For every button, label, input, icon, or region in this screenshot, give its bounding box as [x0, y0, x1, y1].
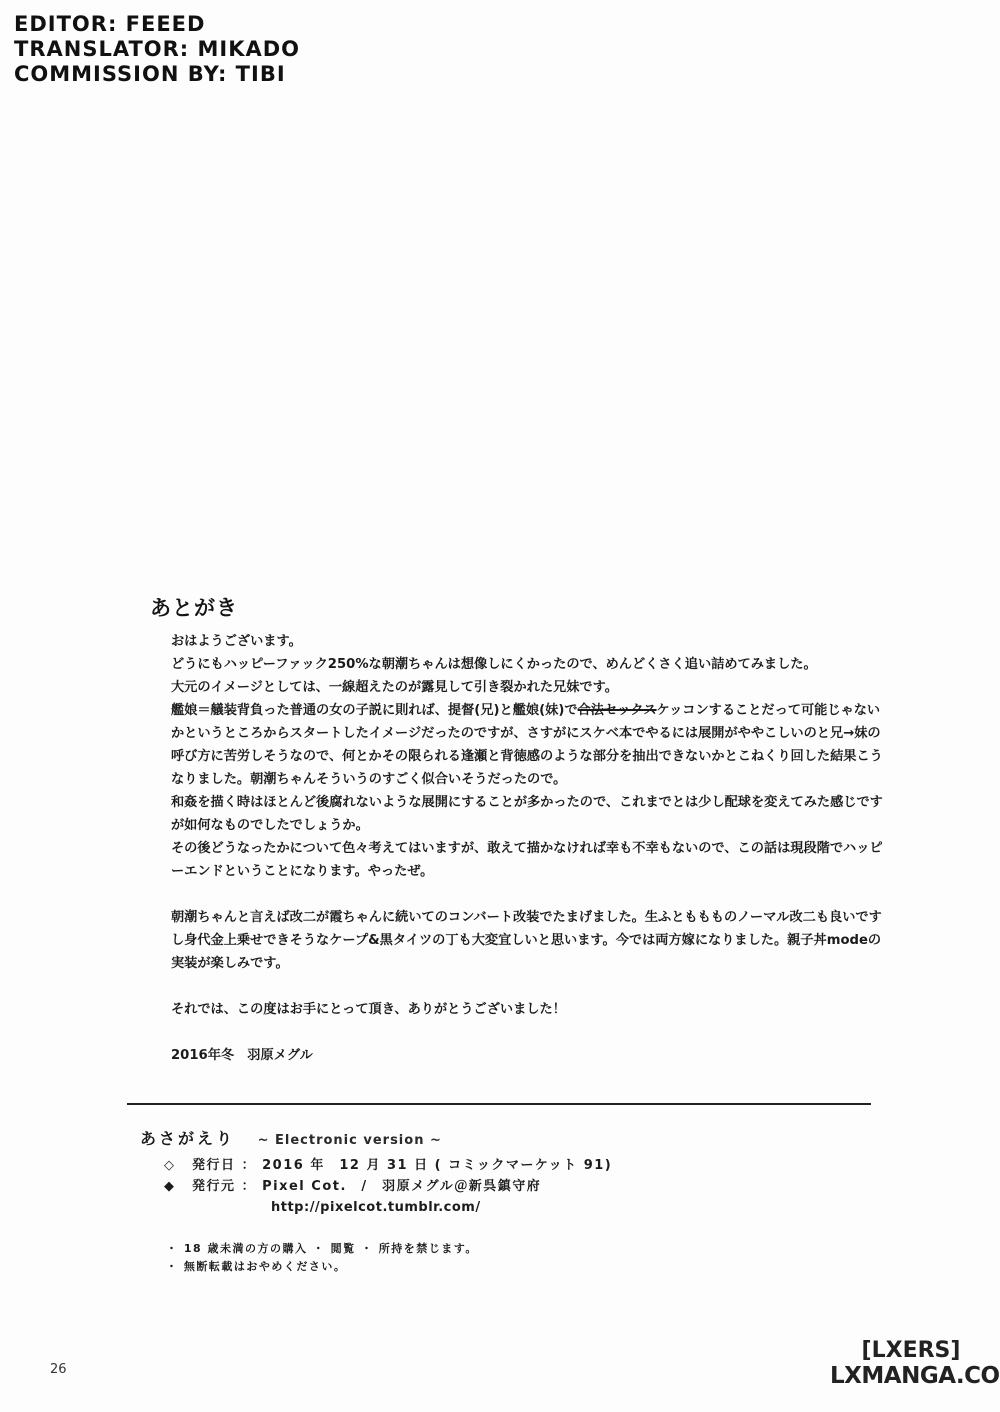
paragraph-text: 艦娘＝艤装背負った普通の女の子説に則れば、提督(兄)と艦娘(妹)で: [171, 703, 578, 718]
afterword-paragraph: 大元のイメージとしては、一線超えたのが露見して引き裂かれた兄妹です。: [171, 676, 889, 699]
paragraph-gap: [171, 975, 889, 998]
publisher-row: ◆ 発行元 ： Pixel Cot. / 羽原メグル＠新呉鎮守府: [164, 1176, 612, 1197]
afterword-body: おはようございます。 どうにもハッピーファック250%な朝潮ちゃんは想像しにくか…: [171, 630, 889, 1067]
translator-credit: TRANSLATOR: MIKADO: [14, 37, 300, 62]
page-number: 26: [50, 1362, 67, 1377]
legal-notices: ・ 18 歳未満の方の購入 ・ 閲覧 ・ 所持を禁じます。 ・ 無断転載はおやめ…: [166, 1240, 478, 1276]
afterword-paragraph: 朝潮ちゃんと言えば改二が霞ちゃんに続いてのコンバート改装でたまげました。生ふとも…: [171, 906, 889, 975]
book-title: あさがえり: [140, 1129, 235, 1148]
editor-credit: EDITOR: FEEED: [14, 12, 300, 37]
afterword-paragraph: おはようございます。: [171, 630, 889, 653]
colophon: あさがえり ~ Electronic version ~ ◇ 発行日 ： 201…: [140, 1126, 612, 1218]
paragraph-gap: [171, 1021, 889, 1044]
issue-date-value: 2016 年 12 月 31 日 ( コミックマーケット 91): [262, 1158, 612, 1173]
separator: ：: [242, 1179, 257, 1194]
strikethrough-text: 合法セックス: [578, 703, 657, 718]
separator: ：: [242, 1158, 257, 1173]
book-title-line: あさがえり ~ Electronic version ~: [140, 1126, 612, 1149]
watermark-site: LXMANGA.COM: [830, 1365, 992, 1388]
publisher-value: Pixel Cot. / 羽原メグル＠新呉鎮守府: [262, 1179, 541, 1194]
filled-diamond-icon: ◆: [164, 1176, 186, 1197]
age-restriction-notice: ・ 18 歳未満の方の購入 ・ 閲覧 ・ 所持を禁じます。: [166, 1240, 478, 1258]
issue-date-label: 発行日: [192, 1158, 236, 1173]
no-reprint-notice: ・ 無断転載はおやめください。: [166, 1258, 478, 1276]
afterword-paragraph: 和姦を描く時はほとんど後腐れないような展開にすることが多かったので、これまでとは…: [171, 791, 889, 837]
afterword-paragraph: 艦娘＝艤装背負った普通の女の子説に則れば、提督(兄)と艦娘(妹)で合法セックスケ…: [171, 699, 889, 791]
site-watermark: [LXERS] LXMANGA.COM: [830, 1340, 992, 1388]
commission-credit: COMMISSION BY: TIBI: [14, 62, 300, 87]
afterword-paragraph: どうにもハッピーファック250%な朝潮ちゃんは想像しにくかったので、めんどくさく…: [171, 653, 889, 676]
section-divider: [127, 1103, 871, 1105]
afterword-title: あとがき: [150, 592, 910, 622]
issue-date-row: ◇ 発行日 ： 2016 年 12 月 31 日 ( コミックマーケット 91): [164, 1155, 612, 1176]
afterword-paragraph: その後どうなったかについて色々考えてはいますが、敢えて描かなければ幸も不幸もない…: [171, 837, 889, 883]
publisher-url: http://pixelcot.tumblr.com/: [164, 1197, 612, 1218]
colophon-details: ◇ 発行日 ： 2016 年 12 月 31 日 ( コミックマーケット 91)…: [164, 1155, 612, 1218]
watermark-group: [LXERS]: [830, 1340, 992, 1362]
publisher-label: 発行元: [192, 1179, 236, 1194]
edition-label: ~ Electronic version ~: [258, 1133, 442, 1148]
translation-credits: EDITOR: FEEED TRANSLATOR: MIKADO COMMISS…: [14, 12, 300, 87]
paragraph-gap: [171, 883, 889, 906]
afterword-signature: 2016年冬 羽原メグル: [171, 1044, 889, 1067]
afterword-paragraph: それでは、この度はお手にとって頂き、ありがとうございました！: [171, 998, 889, 1021]
afterword-section: あとがき おはようございます。 どうにもハッピーファック250%な朝潮ちゃんは想…: [150, 592, 910, 1067]
hollow-diamond-icon: ◇: [164, 1155, 186, 1176]
